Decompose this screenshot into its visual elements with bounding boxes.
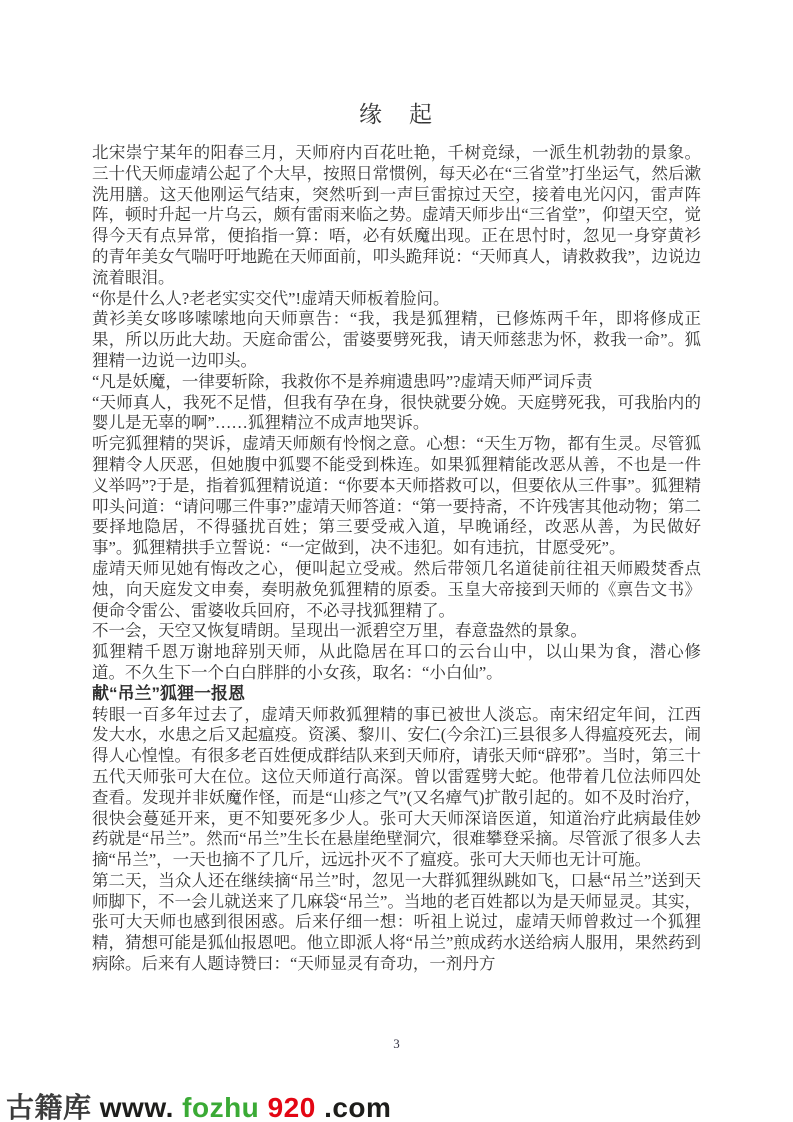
paragraph: “凡是妖魔，一律要斩除，我救你不是养痈遗患吗”?虚靖天师严词斥责 [92, 372, 701, 393]
watermark-url-green: fozhu [182, 1092, 259, 1122]
watermark-url-red: 920 [268, 1092, 316, 1122]
paragraph: 虚靖天师见她有悔改之心，便叫起立受戒。然后带领几名道徒前往祖天师殿焚香点烛，向天… [92, 559, 701, 621]
paragraph: 不一会，天空又恢复晴朗。呈现出一派碧空万里，春意盎然的景象。 [92, 621, 701, 642]
paragraph: 听完狐狸精的哭诉，虚靖天师颇有怜悯之意。心想：“天生万物，都有生灵。尽管狐狸精令… [92, 434, 701, 559]
page-title: 缘 起 [92, 96, 701, 129]
paragraph: 狐狸精千恩万谢地辞别天师，从此隐居在耳口的云台山中，以山果为食，潜心修道。不久生… [92, 642, 701, 684]
watermark: 古籍库 www. fozhu 920 .com [6, 1086, 391, 1122]
section-heading: 献“吊兰”狐狸一报恩 [92, 684, 701, 705]
paragraph: 转眼一百多年过去了，虚靖天师救狐狸精的事已被世人淡忘。南宋绍定年间，江西发大水，… [92, 705, 701, 871]
body-text: 北宋崇宁某年的阳春三月，天师府内百花吐艳，千树竞绿，一派生机勃勃的景象。三十代天… [92, 143, 701, 975]
page-number: 3 [0, 1036, 793, 1052]
watermark-url-suffix: .com [324, 1092, 391, 1122]
paragraph: 北宋崇宁某年的阳春三月，天师府内百花吐艳，千树竞绿，一派生机勃勃的景象。三十代天… [92, 143, 701, 289]
paragraph: “你是什么人?老老实实交代”!虚靖天师板着脸问。 [92, 289, 701, 310]
watermark-site-name: 古籍库 [6, 1092, 100, 1122]
paragraph: 第二天，当众人还在继续摘“吊兰”时，忽见一大群狐狸纵跳如飞，口悬“吊兰”送到天师… [92, 871, 701, 975]
document-page: { "document": { "title": "缘 起", "paragra… [0, 0, 793, 1122]
page-content: 缘 起 北宋崇宁某年的阳春三月，天师府内百花吐艳，千树竞绿，一派生机勃勃的景象。… [92, 96, 701, 975]
paragraph: “天师真人，我死不足惜，但我有孕在身，很快就要分娩。天庭劈死我，可我胎内的婴儿是… [92, 393, 701, 435]
paragraph: 黄衫美女哆哆嗦嗦地向天师禀告：“我，我是狐狸精，已修炼两千年，即将修成正果，所以… [92, 309, 701, 371]
watermark-url-prefix: www. [100, 1092, 174, 1122]
